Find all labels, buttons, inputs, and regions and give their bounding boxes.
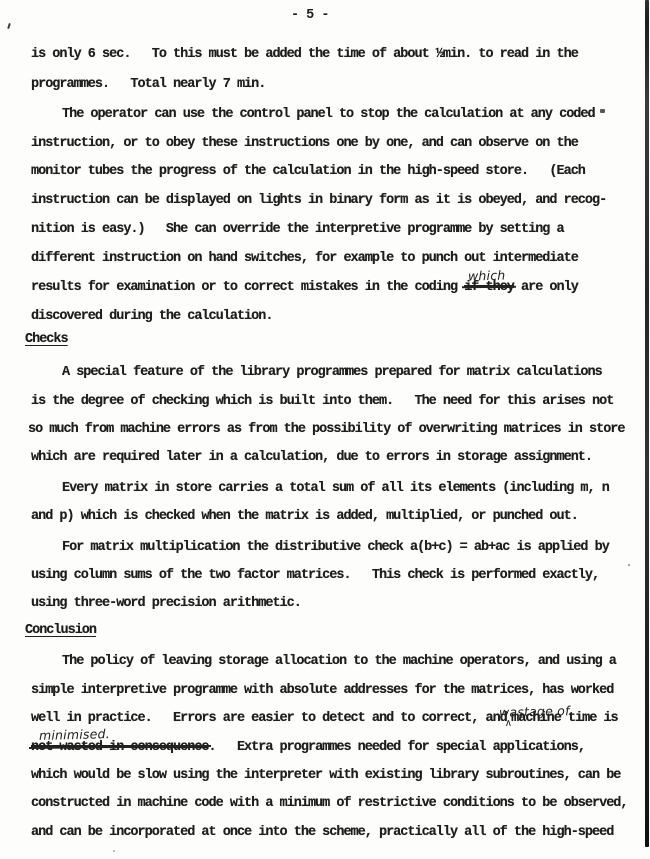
handwritten-annotation-which: which xyxy=(468,267,506,286)
text-line: For matrix multiplication the distributi… xyxy=(62,539,609,557)
ink-speck xyxy=(628,564,630,566)
handwritten-annotation-minimised: minimised. xyxy=(39,725,110,745)
page-number: - 5 - xyxy=(0,8,620,23)
ink-speck xyxy=(7,23,11,29)
text-line: and can be incorporated at once into the… xyxy=(31,824,613,842)
text-line: monitor tubes the progress of the calcul… xyxy=(31,163,585,181)
text-line: instruction can be displayed on lights i… xyxy=(31,192,606,210)
text-segment: results for examination or to correct mi… xyxy=(31,280,464,295)
text-line: A special feature of the library program… xyxy=(62,364,602,382)
text-line: programmes. Total nearly 7 min. xyxy=(31,76,265,94)
text-line: constructed in machine code with a minim… xyxy=(31,795,628,813)
text-line: discovered during the calculation. xyxy=(31,308,272,326)
text-line: using three-word precision arithmetic. xyxy=(31,595,301,613)
text-line: nition is easy.) She can override the in… xyxy=(31,221,564,239)
ink-speck xyxy=(600,109,605,113)
text-line: so much from machine errors as from the … xyxy=(28,421,625,439)
text-line: using column sums of the two factor matr… xyxy=(31,567,599,585)
text-line-with-edit: results for examination or to correct mi… xyxy=(31,279,578,297)
text-line: different instruction on hand switches, … xyxy=(31,250,578,268)
text-line: which would be slow using the interprete… xyxy=(31,767,620,785)
scan-edge-artifact xyxy=(645,0,649,847)
text-segment: are only xyxy=(514,280,578,295)
text-line: which are required later in a calculatio… xyxy=(31,449,592,467)
text-line: The policy of leaving storage allocation… xyxy=(62,653,616,671)
text-line-with-edit: not wasted in consequenceminimised.. Ext… xyxy=(31,739,585,757)
text-line: is the degree of checking which is built… xyxy=(31,393,613,411)
text-line: and p) which is checked when the matrix … xyxy=(31,508,578,526)
handwritten-annotation-wastage-of: wastage of xyxy=(499,702,570,722)
text-line: instruction, or to obey these instructio… xyxy=(31,135,578,153)
text-line: Every matrix in store carries a total su… xyxy=(62,480,609,498)
scanned-document-page: - 5 - is only 6 sec. To this must be add… xyxy=(0,0,650,859)
text-line: is only 6 sec. To this must be added the… xyxy=(31,46,578,64)
text-segment: well in practice. Errors are easier to d… xyxy=(31,711,507,726)
ink-speck xyxy=(113,850,115,852)
text-line: simple interpretive programme with absol… xyxy=(31,682,613,700)
section-heading-conclusion: Conclusion xyxy=(25,622,96,640)
text-line-with-edit: well in practice. Errors are easier to d… xyxy=(31,710,618,733)
text-line: The operator can use the control panel t… xyxy=(62,106,595,124)
section-heading-checks: Checks xyxy=(25,331,68,349)
text-segment: . Extra programmes needed for special ap… xyxy=(209,740,585,755)
